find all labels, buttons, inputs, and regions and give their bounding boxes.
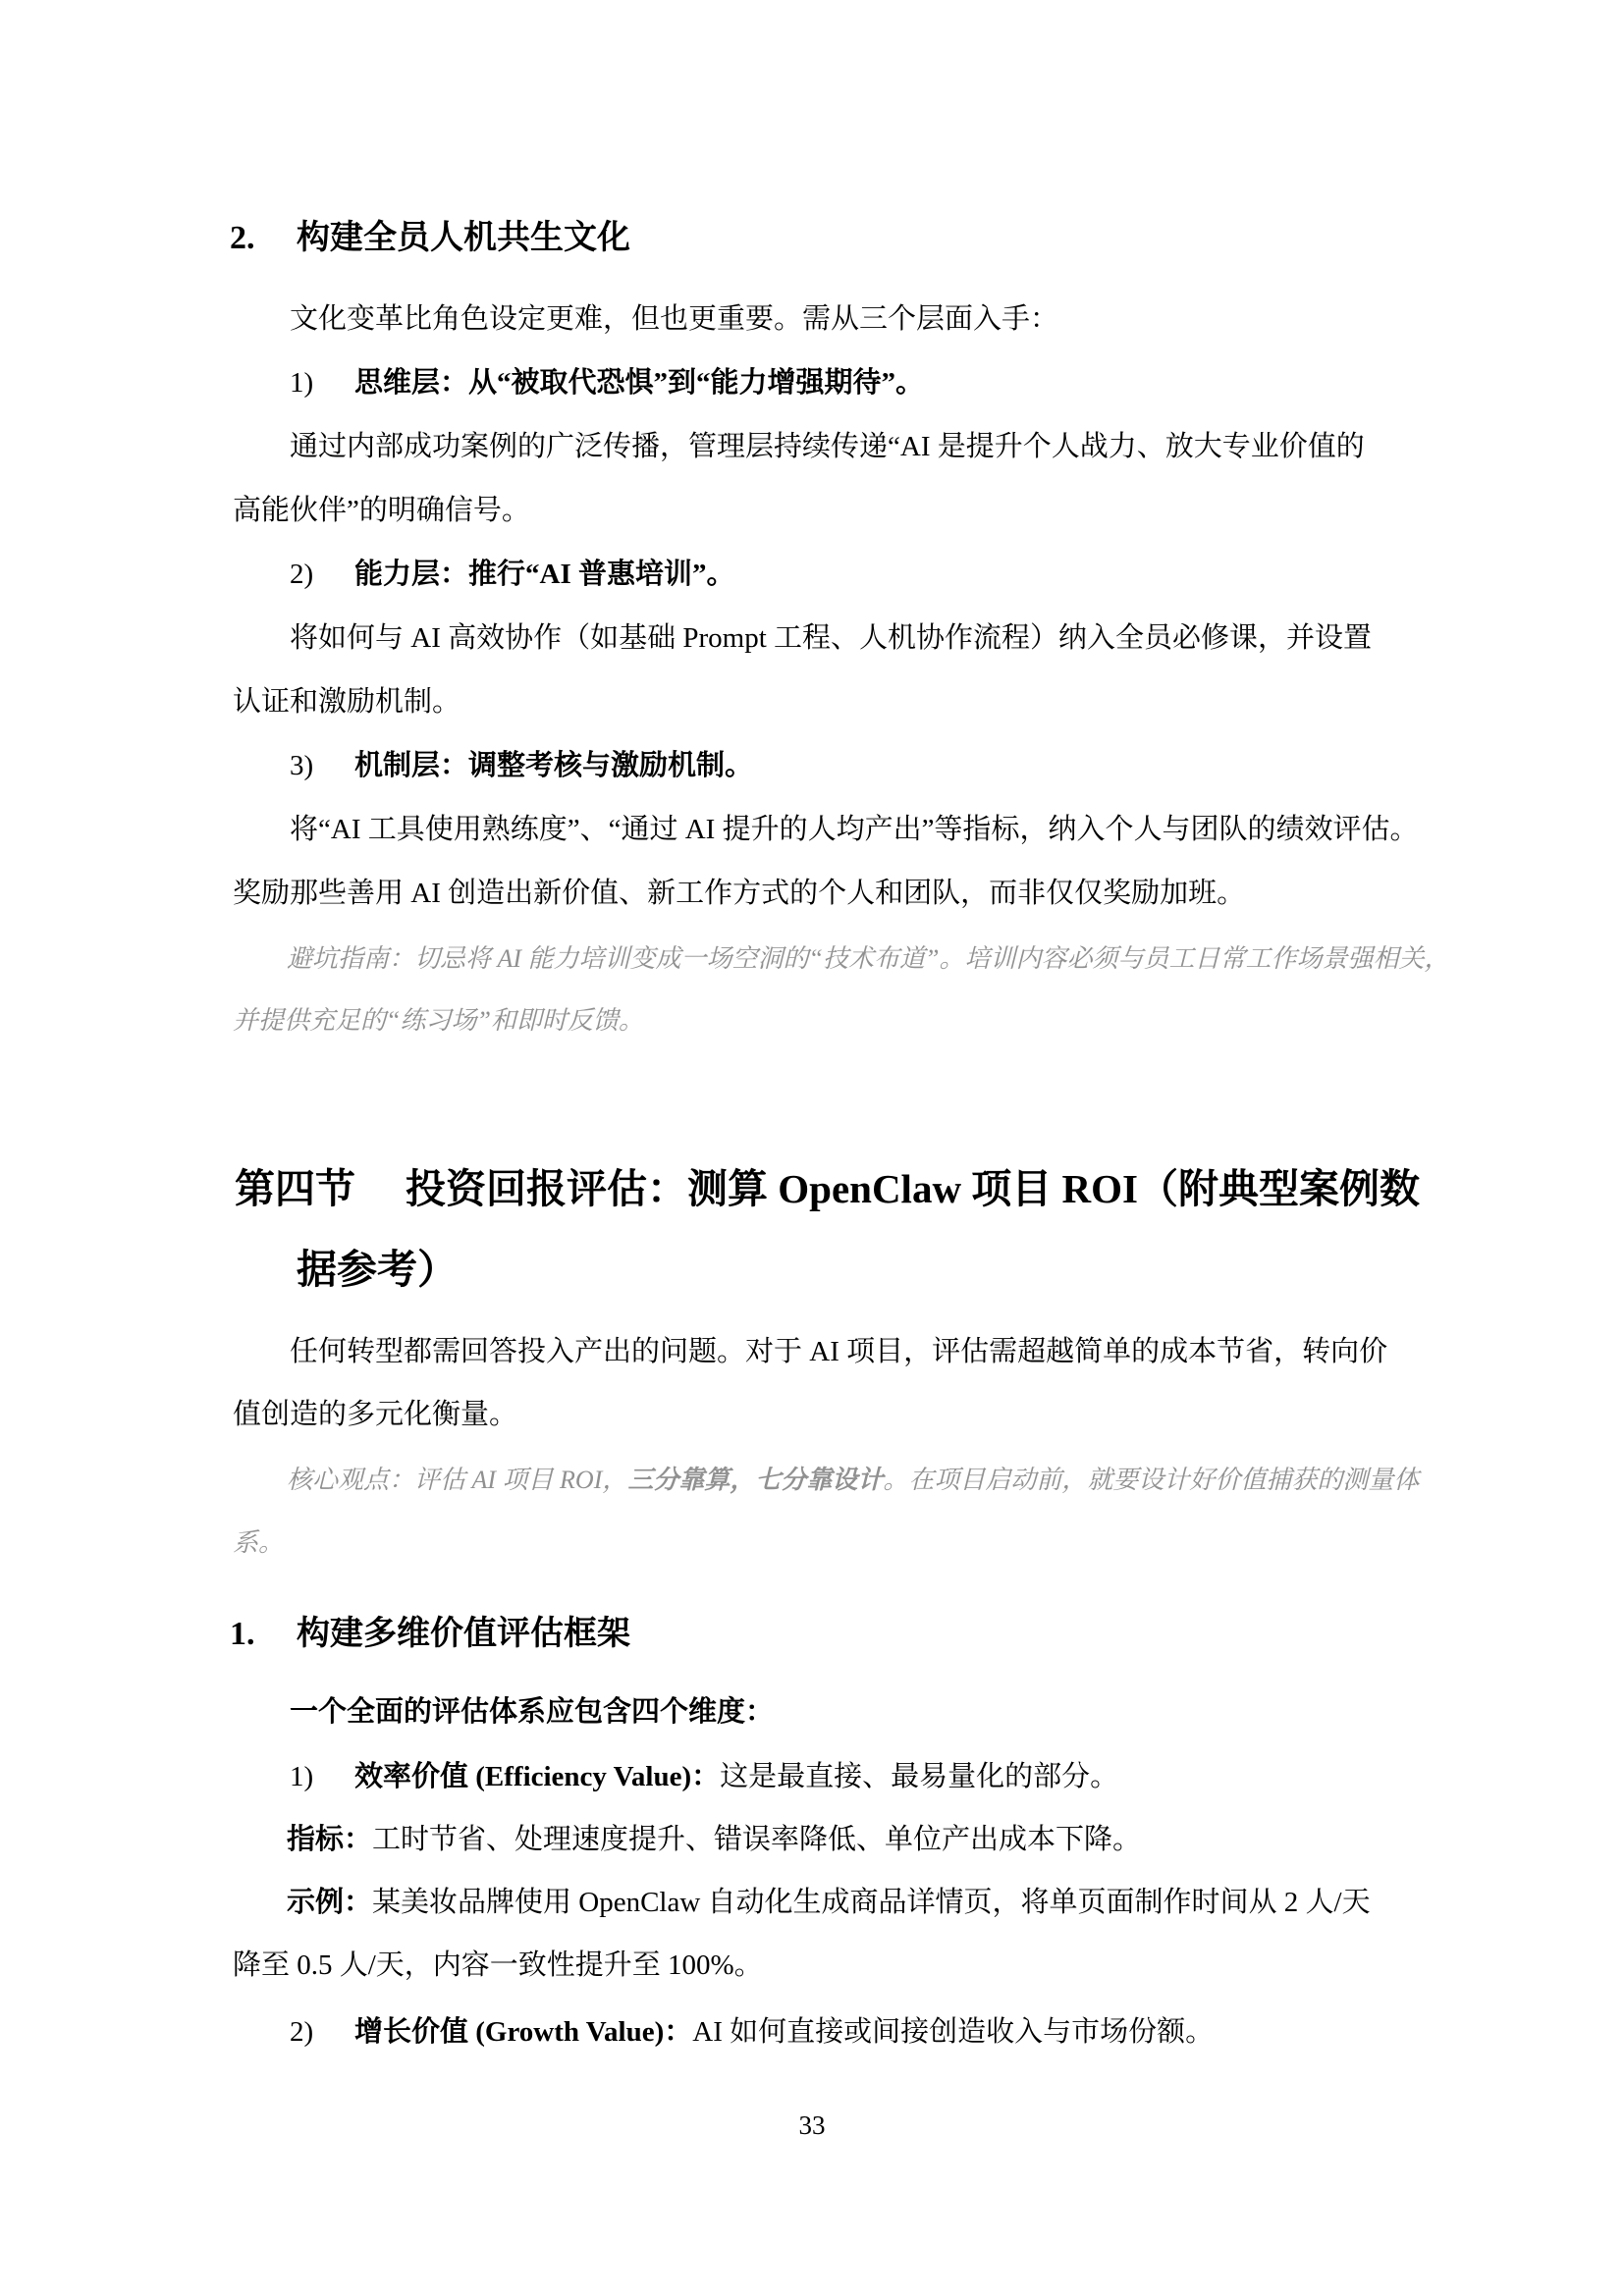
para-mindset-line1-run1: 通过内部成功案例的广泛传播，管理层持续传递“AI 是提升个人战力、放大专业价值的 [290, 431, 1365, 462]
para-mechanism-line2-run1: 奖励那些善用 AI 创造出新价值、新工作方式的个人和团队，而非仅仅奖励加班。 [233, 878, 1245, 909]
item-mechanism-layer: 3)机制层：调整考核与激励机制。 [290, 748, 753, 783]
para-mechanism-line1: 将“AI 工具使用熟练度”、“通过 AI 提升的人均产出”等指标，纳入个人与团队… [290, 812, 1418, 847]
para-efficiency-example-line2-run1: 降至 0.5 人/天，内容一致性提升至 100%。 [233, 1949, 763, 1981]
item-efficiency-value-run1: 1) [290, 1759, 354, 1794]
heading-section4-line2: 据参考） [297, 1245, 458, 1295]
note-pitfall-line2-run1: 并提供充足的“练习场”和即时反馈。 [233, 1006, 644, 1035]
note-coreview-line1-run3: 。在项目启动前，就要设计好价值捕获的测量体 [883, 1466, 1419, 1494]
para-capability-line1: 将如何与 AI 高效协作（如基础 Prompt 工程、人机协作流程）纳入全员必修… [290, 620, 1372, 656]
para-culture-intro-run1: 文化变革比角色设定更难，但也更重要。需从三个层面入手： [290, 303, 1058, 335]
para-efficiency-example-line1-run1: 示例： [287, 1887, 372, 1918]
item-capability-layer: 2)能力层：推行“AI 普惠培训”。 [290, 557, 734, 592]
para-dimensions-intro-run1: 一个全面的评估体系应包含四个维度： [290, 1696, 774, 1728]
item-capability-layer-run1: 2) [290, 557, 354, 592]
page-number: 33 [0, 2110, 1624, 2141]
para-roi-intro-line1: 任何转型都需回答投入产出的问题。对于 AI 项目，评估需超越简单的成本节省，转向… [290, 1334, 1387, 1369]
item-growth-value-run3: AI 如何直接或间接创造收入与市场份额。 [692, 2016, 1214, 2048]
heading-section4-line1-run2: 投资回报评估：测算 OpenClaw 项目 ROI（附典型案例数 [406, 1166, 1420, 1211]
para-efficiency-metrics-run2: 工时节省、处理速度提升、错误率降低、单位产出成本下降。 [372, 1824, 1141, 1855]
heading-section4-line2-run1: 据参考） [297, 1247, 458, 1292]
para-roi-intro-line2-run1: 值创造的多元化衡量。 [233, 1399, 517, 1430]
note-pitfall-line1: 避坑指南：切忌将 AI 能力培训变成一场空洞的“技术布道”。培训内容必须与员工日… [287, 943, 1449, 976]
para-mechanism-line1-run1: 将“AI 工具使用熟练度”、“通过 AI 提升的人均产出”等指标，纳入个人与团队… [290, 814, 1418, 845]
heading-section4-line1-run1: 第四节 [235, 1164, 406, 1214]
item-efficiency-value-run3: 这是最直接、最易量化的部分。 [720, 1761, 1118, 1792]
para-mindset-line2: 高能伙伴”的明确信号。 [233, 493, 530, 528]
item-mindset-layer-run2: 思维层：从“被取代恐惧”到“能力增强期待”。 [354, 367, 924, 399]
heading-framework: 1.构建多维价值评估框架 [230, 1614, 630, 1656]
note-coreview-line1-run1: 核心观点：评估 AI 项目 ROI， [287, 1466, 627, 1494]
note-pitfall-line2: 并提供充足的“练习场”和即时反馈。 [233, 1005, 644, 1038]
item-mindset-layer-run1: 1) [290, 365, 354, 400]
heading-framework-run1: 1. [230, 1614, 297, 1656]
item-growth-value: 2)增长价值 (Growth Value)：AI 如何直接或间接创造收入与市场份… [290, 2014, 1214, 2050]
item-mechanism-layer-run1: 3) [290, 748, 354, 783]
heading-framework-run2: 构建多维价值评估框架 [297, 1616, 630, 1652]
note-pitfall-line1-run1: 避坑指南：切忌将 AI 能力培训变成一场空洞的“技术布道”。培训内容必须与员工日… [287, 944, 1449, 973]
para-efficiency-example-line1-run2: 某美妆品牌使用 OpenClaw 自动化生成商品详情页，将单页面制作时间从 2 … [372, 1887, 1371, 1918]
para-capability-line2: 认证和激励机制。 [233, 684, 460, 720]
para-capability-line1-run1: 将如何与 AI 高效协作（如基础 Prompt 工程、人机协作流程）纳入全员必修… [290, 622, 1372, 654]
para-culture-intro: 文化变革比角色设定更难，但也更重要。需从三个层面入手： [290, 301, 1058, 337]
note-coreview-line1-run2: 三分靠算，七分靠设计 [627, 1466, 883, 1494]
document-page: 2.构建全员人机共生文化文化变革比角色设定更难，但也更重要。需从三个层面入手：1… [0, 0, 1624, 2296]
para-efficiency-example-line2: 降至 0.5 人/天，内容一致性提升至 100%。 [233, 1948, 763, 1983]
para-efficiency-example-line1: 示例：某美妆品牌使用 OpenClaw 自动化生成商品详情页，将单页面制作时间从… [287, 1885, 1371, 1920]
para-dimensions-intro: 一个全面的评估体系应包含四个维度： [290, 1694, 774, 1730]
item-efficiency-value-run2: 效率价值 (Efficiency Value)： [354, 1761, 720, 1792]
item-capability-layer-run2: 能力层：推行“AI 普惠培训”。 [354, 559, 734, 590]
para-mindset-line1: 通过内部成功案例的广泛传播，管理层持续传递“AI 是提升个人战力、放大专业价值的 [290, 429, 1365, 464]
item-mindset-layer: 1)思维层：从“被取代恐惧”到“能力增强期待”。 [290, 365, 924, 400]
note-coreview-line2-run1: 系。 [233, 1528, 284, 1557]
para-mechanism-line2: 奖励那些善用 AI 创造出新价值、新工作方式的个人和团队，而非仅仅奖励加班。 [233, 876, 1245, 911]
note-coreview-line2: 系。 [233, 1527, 284, 1560]
para-roi-intro-line2: 值创造的多元化衡量。 [233, 1397, 517, 1432]
heading-culture-run2: 构建全员人机共生文化 [297, 220, 630, 256]
note-coreview-line1: 核心观点：评估 AI 项目 ROI，三分靠算，七分靠设计。在项目启动前，就要设计… [287, 1465, 1419, 1497]
heading-culture-run1: 2. [230, 218, 297, 260]
item-growth-value-run2: 增长价值 (Growth Value)： [354, 2016, 692, 2048]
para-roi-intro-line1-run1: 任何转型都需回答投入产出的问题。对于 AI 项目，评估需超越简单的成本节省，转向… [290, 1336, 1387, 1367]
para-capability-line2-run1: 认证和激励机制。 [233, 686, 460, 718]
item-efficiency-value: 1)效率价值 (Efficiency Value)：这是最直接、最易量化的部分。 [290, 1759, 1118, 1794]
para-efficiency-metrics: 指标：工时节省、处理速度提升、错误率降低、单位产出成本下降。 [287, 1822, 1141, 1857]
heading-culture: 2.构建全员人机共生文化 [230, 218, 630, 260]
item-growth-value-run1: 2) [290, 2014, 354, 2050]
heading-section4-line1: 第四节投资回报评估：测算 OpenClaw 项目 ROI（附典型案例数 [235, 1164, 1420, 1214]
para-efficiency-metrics-run1: 指标： [287, 1824, 372, 1855]
para-mindset-line2-run1: 高能伙伴”的明确信号。 [233, 495, 530, 526]
item-mechanism-layer-run2: 机制层：调整考核与激励机制。 [354, 750, 753, 781]
